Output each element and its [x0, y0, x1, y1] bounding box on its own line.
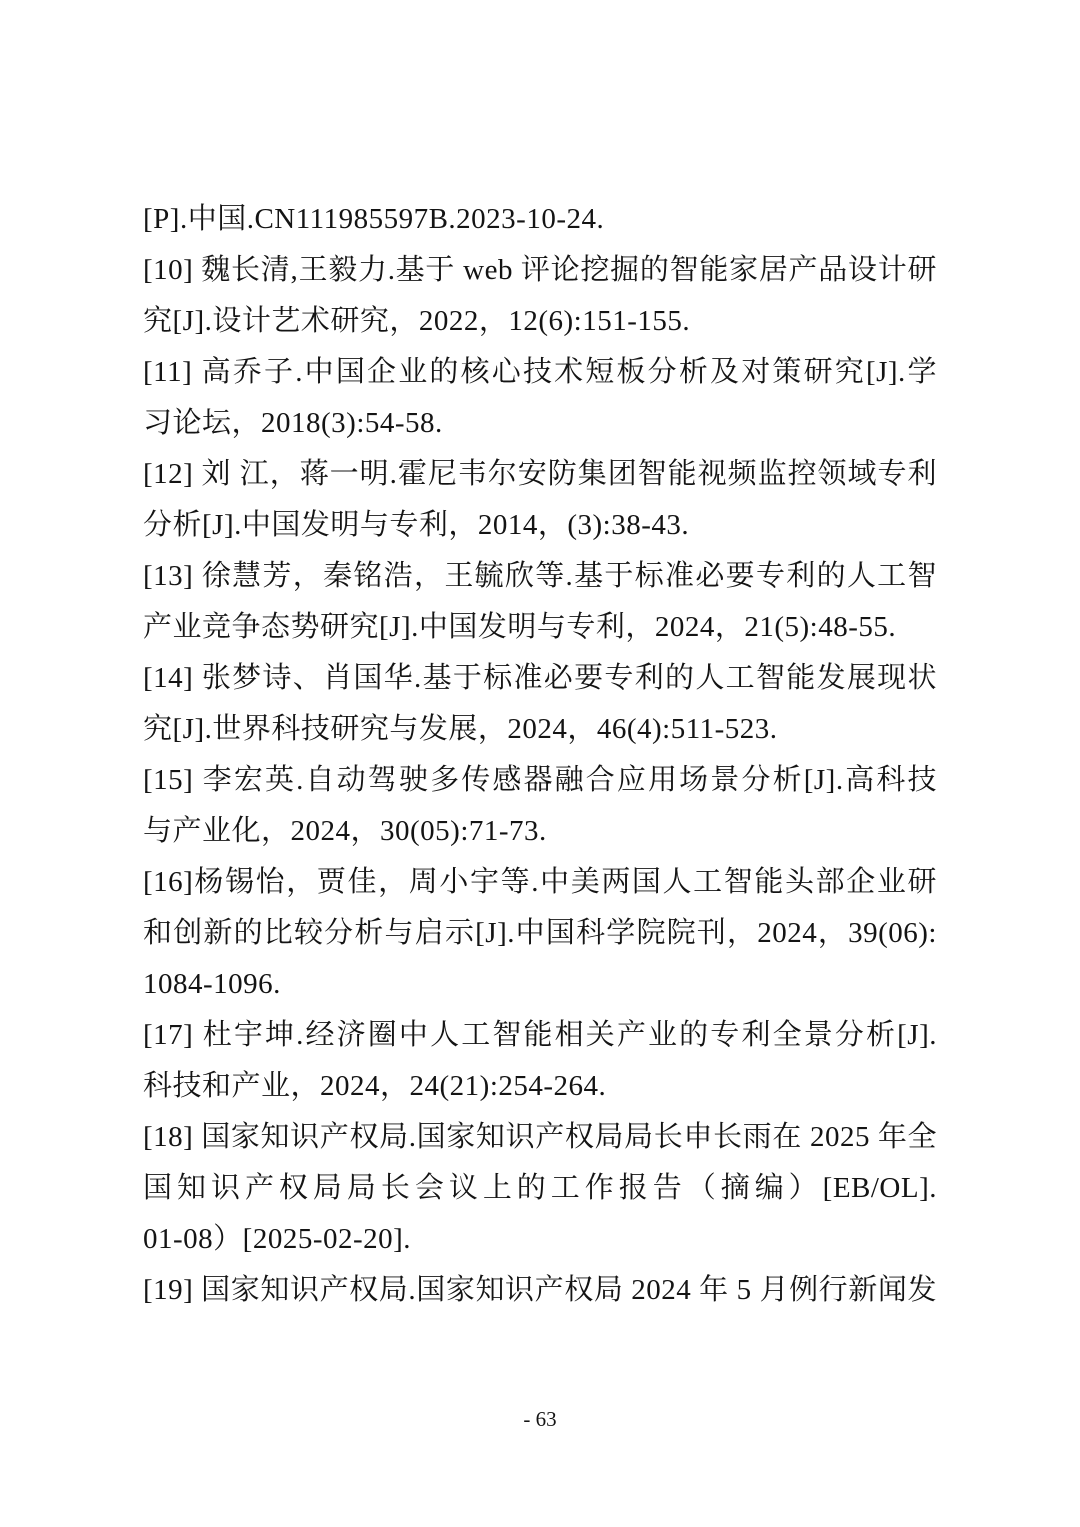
reference-line: 习论坛，2018(3):54-58.	[143, 398, 937, 449]
reference-line: [19] 国家知识产权局.国家知识产权局 2024 年 5 月例行新闻发	[143, 1265, 937, 1316]
reference-line: 1084-1096.	[143, 959, 937, 1010]
reference-line: [18] 国家知识产权局.国家知识产权局局长申长雨在 2025 年全	[143, 1112, 937, 1163]
reference-line: 01-08）[2025-02-20].	[143, 1214, 937, 1265]
reference-line: [11] 高乔子.中国企业的核心技术短板分析及对策研究[J].学	[143, 347, 937, 398]
page-number: - 63	[0, 1404, 1080, 1434]
reference-line: [10] 魏长清,王毅力.基于 web 评论挖掘的智能家居产品设计研	[143, 245, 937, 296]
reference-line: [15] 李宏英.自动驾驶多传感器融合应用场景分析[J].高科技	[143, 755, 937, 806]
reference-line: 科技和产业，2024，24(21):254-264.	[143, 1061, 937, 1112]
reference-line: 和创新的比较分析与启示[J].中国科学院院刊，2024，39(06):	[143, 908, 937, 959]
reference-line: [16]杨锡怡，贾佳，周小宇等.中美两国人工智能头部企业研发	[143, 857, 937, 908]
reference-line: 产业竞争态势研究[J].中国发明与专利，2024，21(5):48-55.	[143, 602, 937, 653]
reference-line: 分析[J].中国发明与专利，2014，(3):38-43.	[143, 500, 937, 551]
reference-line: [14] 张梦诗、肖国华.基于标准必要专利的人工智能发展现状研	[143, 653, 937, 704]
reference-line: 国知识产权局局长会议上的工作报告（摘编）[EB/OL].（2025-	[143, 1163, 937, 1214]
reference-line: [13] 徐慧芳，秦铭浩，王毓欣等.基于标准必要专利的人工智能	[143, 551, 937, 602]
document-page: [P].中国.CN111985597B.2023-10-24. [10] 魏长清…	[0, 0, 1080, 1527]
reference-line: [12] 刘 江，蒋一明.霍尼韦尔安防集团智能视频监控领域专利	[143, 449, 937, 500]
reference-line: 究[J].世界科技研究与发展，2024，46(4):511-523.	[143, 704, 937, 755]
reference-line: 究[J].设计艺术研究，2022，12(6):151-155.	[143, 296, 937, 347]
reference-line: [P].中国.CN111985597B.2023-10-24.	[143, 194, 937, 245]
reference-line: [17] 杜宇坤.经济圈中人工智能相关产业的专利全景分析[J].	[143, 1010, 937, 1061]
reference-line: 与产业化，2024，30(05):71-73.	[143, 806, 937, 857]
references-list: [P].中国.CN111985597B.2023-10-24. [10] 魏长清…	[143, 194, 937, 1316]
